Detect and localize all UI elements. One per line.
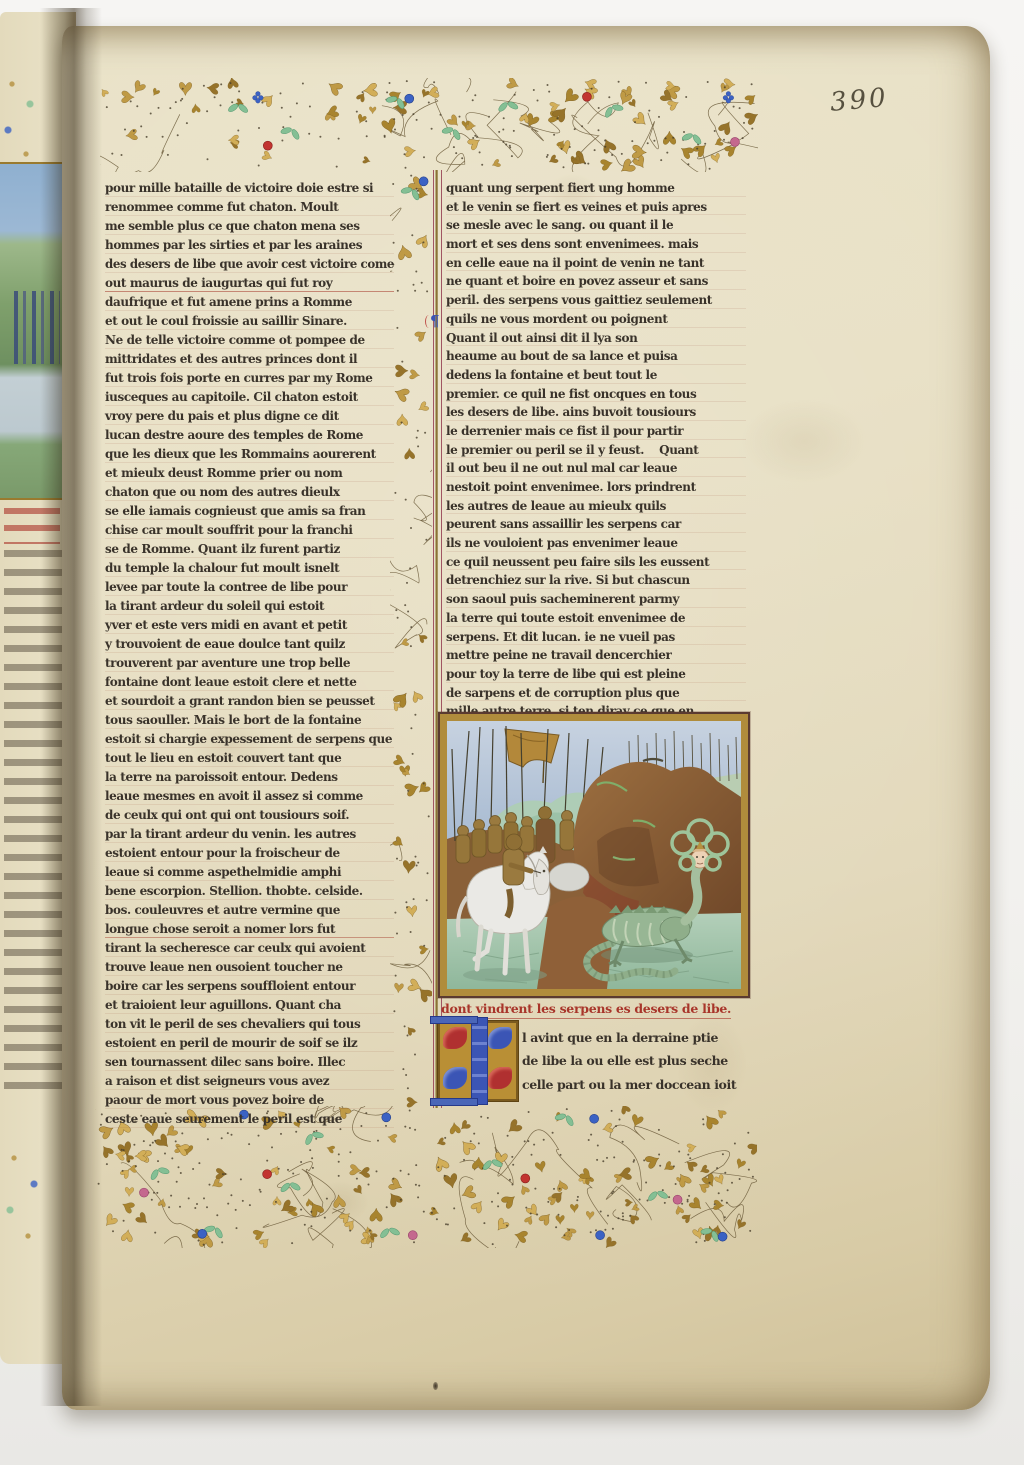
text-line: ceste eaue seurement le peril est que: [105, 1109, 394, 1128]
text-line: vroy pere du pais et plus digne ce dit: [105, 406, 394, 425]
text-line: la tirant ardeur du soleil qui estoit: [105, 596, 394, 615]
text-line: il out beu il ne out nul mal car leaue: [446, 458, 746, 477]
berry: [730, 137, 739, 146]
berry: [590, 1114, 599, 1123]
text-line: sen tournassent dilec sans boire. Illec: [105, 1052, 394, 1071]
text-line: ne quant et boire en povez asseur et san…: [446, 271, 746, 290]
photo-backdrop: { "page": { "folio_number": "390" }, "te…: [0, 0, 1024, 1465]
berry: [673, 1195, 682, 1204]
ink-speck: [433, 1382, 438, 1390]
miniature-painting: [447, 721, 741, 989]
second-horse: [549, 863, 589, 891]
text-line: ton vit le peril de ses chevaliers qui t…: [105, 1014, 394, 1033]
text-line: son saoul puis sacheminerent parmy: [446, 589, 746, 608]
vine-ornament: [100, 78, 758, 172]
previous-page-text-fragment: [4, 550, 64, 1090]
text-line: ils ne vouloient pas envenimer leaue: [446, 533, 746, 552]
manuscript-page: 390 pour mille bataille de victoire doie…: [62, 26, 990, 1410]
text-line: out maurus de iaugurtas qui fut roy: [105, 273, 394, 292]
text-line: detrenchiez sur la rive. Si but chascun: [446, 570, 746, 589]
text-line: hommes par les sirties et par les araine…: [105, 235, 394, 254]
paragraph-mark: ¶: [430, 314, 440, 329]
previous-page-border-fragment-bottom: [0, 1140, 56, 1264]
text-line: trouve leaue nen ousoient toucher ne: [105, 957, 394, 976]
berry: [596, 1231, 605, 1240]
acanthus-leaf: [488, 1027, 512, 1049]
text-line: se mesle avec le sang. ou quant il le: [446, 215, 746, 234]
berry: [405, 94, 414, 103]
blue-flower: [726, 99, 731, 104]
text-line: ce quil neussent peu faire sils les euss…: [446, 552, 746, 571]
text-line: les desers de libe. ains buvoit tousiour…: [446, 402, 746, 421]
text-line: des desers de libe que avoir cest victoi…: [105, 254, 394, 273]
text-line: a raison et dist seigneurs vous avez: [105, 1071, 394, 1090]
text-line: me semble plus ce que chaton mena ses: [105, 216, 394, 235]
text-line: en celle eaue na il point de venin ne ta…: [446, 253, 746, 272]
closing-paragraph: l avint que en la derraine ptiede libe l…: [522, 1025, 750, 1097]
text-line: estoient en peril de mourir de soif se i…: [105, 1033, 394, 1052]
text-line: et mieulx deust Romme prier ou nom: [105, 463, 394, 482]
green-leaf-pair: [553, 1109, 578, 1128]
text-line: se elle iamais cognieust que amis sa fra…: [105, 501, 394, 520]
text-line: bos. couleuvres et autre vermine que: [105, 900, 394, 919]
previous-page-figures: [8, 291, 60, 364]
text-line: se de Romme. Quant ilz furent partiz: [105, 539, 394, 558]
text-line: lucan destre aoure des temples de Rome: [105, 425, 394, 444]
text-line: par la tirant ardeur du venin. les autre…: [105, 824, 394, 843]
berry: [419, 177, 428, 186]
green-leaf-pair: [646, 1188, 669, 1202]
acanthus-leaf: [443, 1027, 467, 1049]
text-line: pour toy la terre de libe qui est pleine: [446, 664, 746, 683]
text-line: que les dieux que les Rommains aourerent: [105, 444, 394, 463]
green-leaf-pair: [301, 1127, 326, 1147]
text-line: serpens. Et dit lucan. ie ne vueil pas: [446, 627, 746, 646]
text-line: nestoit point envenimee. lors prindrent: [446, 477, 746, 496]
column-divider-vine-border: [390, 172, 432, 1108]
berry: [582, 92, 591, 101]
text-line: y trouvoient de eaue doulce tant quilz: [105, 634, 394, 653]
previous-page-rubric-fragment: [4, 508, 60, 544]
text-line: leaue mesmes en avoit il assez si comme: [105, 786, 394, 805]
text-line: daufrique et fut amene prins a Romme: [105, 292, 394, 311]
text-line: la terre qui toute estoit envenimee de: [446, 608, 746, 627]
left-text-column: pour mille bataille de victoire doie est…: [105, 178, 394, 1080]
berry: [139, 1188, 148, 1197]
text-line: tout le lieu en estoit couvert tant que: [105, 748, 394, 767]
berry: [718, 1232, 727, 1241]
text-line: Quant il out ainsi dit il lya son: [446, 328, 746, 347]
text-line: paour de mort vous povez boire de: [105, 1090, 394, 1109]
text-line: trouverent par aventure une trop belle: [105, 653, 394, 672]
text-line: du temple la chalour fut moult isnelt: [105, 558, 394, 577]
text-line: la terre na paroissoit entour. Dedens: [105, 767, 394, 786]
text-line: yver et este vers midi en avant et petit: [105, 615, 394, 634]
berry: [198, 1229, 207, 1238]
text-line: fontaine dont leaue estoit clere et nett…: [105, 672, 394, 691]
vine-ornament: [390, 172, 432, 1108]
text-line: premier. ce quil ne fist oncques en tous: [446, 384, 746, 403]
text-line: mittridates et des autres princes dont i…: [105, 349, 394, 368]
text-line: Ne de telle victoire comme ot pompee de: [105, 330, 394, 349]
text-line: peurent sans assaillir les serpens car: [446, 514, 746, 533]
green-leaf-pair: [279, 1180, 302, 1193]
blue-flower: [256, 99, 261, 104]
right-text-column: quant ung serpent fiert ung hommeet le v…: [446, 178, 746, 711]
text-line: mort et ses dens sont envenimees. mais: [446, 234, 746, 253]
text-line: quant ung serpent fiert ung homme: [446, 178, 746, 197]
text-line: chaton que ou nom des autres dieulx: [105, 482, 394, 501]
text-line: quils ne vous mordent ou poignent: [446, 309, 746, 328]
berry: [263, 141, 272, 150]
berry: [521, 1174, 530, 1183]
text-line: heaume au bout de sa lance et puisa: [446, 346, 746, 365]
acanthus-leaf: [443, 1067, 467, 1089]
text-line: estoit si chargie expessement de serpens…: [105, 729, 394, 748]
text-line: et out le coul froissie au saillir Sinar…: [105, 311, 394, 330]
text-line: de sarpens et de corruption plus que: [446, 683, 746, 702]
text-line: et traioient leur aguillons. Quant cha: [105, 995, 394, 1014]
acanthus-leaf: [488, 1067, 512, 1089]
text-line: tirant la secheresce car ceulx qui avoie…: [105, 938, 394, 957]
text-line: boire car les serpens souffloient entour: [105, 976, 394, 995]
top-vine-border: [100, 78, 758, 172]
berry: [263, 1170, 272, 1179]
text-line: pour mille bataille de victoire doie est…: [105, 178, 394, 197]
text-line: de libe la ou elle est plus seche: [522, 1048, 750, 1071]
text-line: dedens la fontaine et beut tout le: [446, 365, 746, 384]
text-line: leaue si comme aspethelmidie amphi: [105, 862, 394, 881]
text-line: le derrenier mais ce fist il pour partir: [446, 421, 746, 440]
miniature-frame: [440, 714, 748, 996]
text-line: tous saouller. Mais le bort de la fontai…: [105, 710, 394, 729]
text-line: iusceques au capitoile. Cil chaton estoi…: [105, 387, 394, 406]
text-line: les autres de leaue au mieulx quils: [446, 496, 746, 515]
text-line: de ceulx qui ont qui ont tousiours soif.: [105, 805, 394, 824]
text-line: et sourdoit a grant randon bien se peuss…: [105, 691, 394, 710]
text-line: celle part ou la mer doccean ioit: [522, 1072, 750, 1095]
text-line: estoient entour pour la froischeur de: [105, 843, 394, 862]
berry: [408, 1231, 417, 1240]
text-line: renommee comme fut chaton. Moult: [105, 197, 394, 216]
text-line: peril. des serpens vous gaittiez seuleme…: [446, 290, 746, 309]
green-leaf-pair: [279, 123, 304, 141]
green-leaf-pair: [378, 1225, 402, 1240]
initial-letter-bar: [471, 1017, 488, 1105]
text-line: levee par toute la contree de libe pour: [105, 577, 394, 596]
illuminated-initial: I: [438, 1021, 518, 1101]
text-line: fut trois fois porte en curres par my Ro…: [105, 368, 394, 387]
text-line: le premier ou peril se il y feust. Quant: [446, 440, 746, 459]
text-line: l avint que en la derraine ptie: [522, 1025, 750, 1048]
folio-number: 390: [829, 80, 921, 118]
rock-shadow: [597, 827, 659, 887]
text-line: chise car moult souffrit pour la franchi: [105, 520, 394, 539]
text-line: et le venin se fiert es veines et puis a…: [446, 197, 746, 216]
blue-flower: [256, 92, 261, 97]
green-leaf-pair: [147, 1163, 172, 1182]
text-line: mettre peine ne travail dencerchier: [446, 645, 746, 664]
green-leaf-pair: [601, 100, 626, 120]
rubric-caption: dont vindrent les serpens es desers de l…: [441, 998, 743, 1018]
text-line: bene escorpion. Stellion. thobte. celsid…: [105, 881, 394, 900]
text-line: longue chose seroit a nomer lors fut: [105, 919, 394, 938]
blue-flower: [726, 92, 731, 97]
